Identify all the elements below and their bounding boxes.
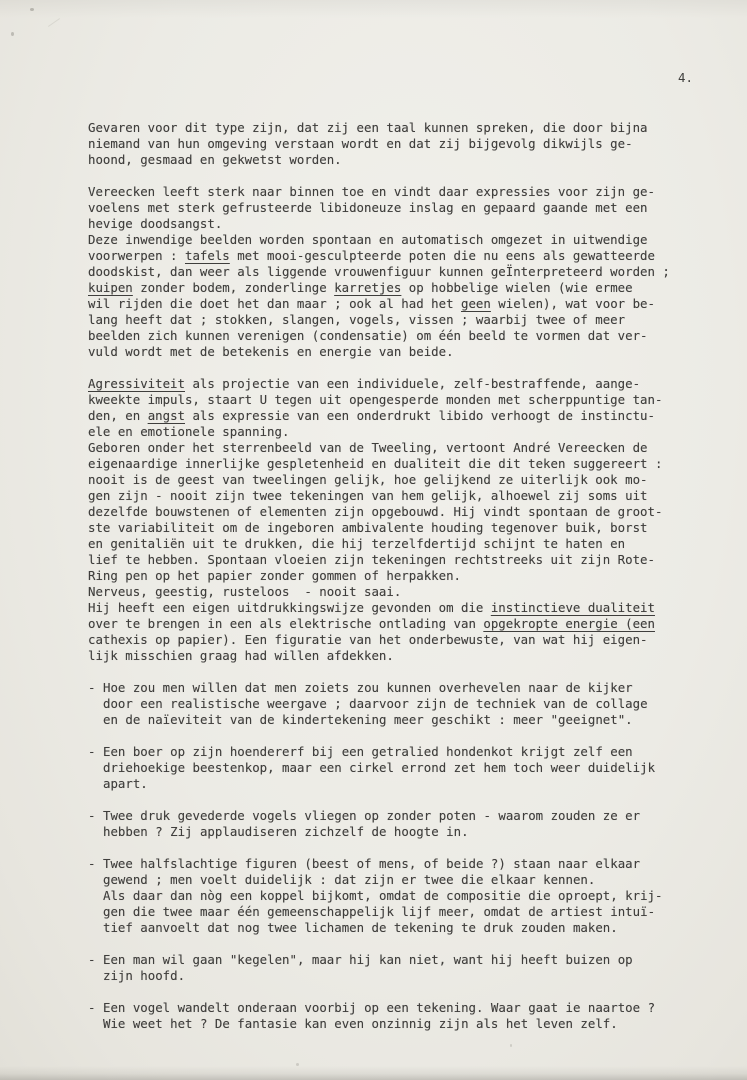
text-line: Hij heeft een eigen uitdrukkingswijze ge…	[88, 600, 678, 616]
bullet-list: - Hoe zou men willen dat men zoiets zou …	[88, 680, 678, 1032]
bullet-text: Hoe zou men willen dat men zoiets zou ku…	[103, 680, 678, 728]
text-line: vuld wordt met de betekenis en energie v…	[88, 344, 678, 360]
bullet-item-figures: - Twee halfslachtige figuren (beest of m…	[88, 856, 678, 936]
bullet-text: Een man wil gaan "kegelen", maar hij kan…	[103, 952, 678, 984]
scan-bottom-shade	[0, 1066, 747, 1080]
text-line: Agressiviteit als projectie van een indi…	[88, 376, 678, 392]
text-line: en genitaliën uit te drukken, die hij te…	[88, 536, 678, 552]
text-line: driehoekige beestenkop, maar een cirkel …	[103, 760, 678, 776]
text-line: gen die twee maar één gemeenschappelijk …	[103, 904, 678, 920]
text-line: hebben ? Zij applaudiseren zichzelf de h…	[103, 824, 678, 840]
paragraph-block-inner-images: Vereecken leeft sterk naar binnen toe en…	[88, 184, 678, 360]
text-line: lief te hebben. Spontaan vloeien zijn te…	[88, 552, 678, 568]
text-line: apart.	[103, 776, 678, 792]
text-line: gen zijn - nooit zijn twee tekeningen va…	[88, 488, 678, 504]
text-line: Een boer op zijn hoendererf bij een getr…	[103, 744, 678, 760]
text-line: nooit is de geest van tweelingen gelijk,…	[88, 472, 678, 488]
text-line: Geboren onder het sterrenbeeld van de Tw…	[88, 440, 678, 456]
bullet-item-bowling-man: - Een man wil gaan "kegelen", maar hij k…	[88, 952, 678, 984]
bullet-dash: -	[88, 1000, 103, 1032]
text-line: Als daar dan nòg een koppel bijkomt, omd…	[103, 888, 678, 904]
text-line: beelden zich kunnen verenigen (condensat…	[88, 328, 678, 344]
text-line: wil rijden die doet het dan maar ; ook a…	[88, 296, 678, 312]
bullet-dash: -	[88, 808, 103, 840]
text-line: Vereecken leeft sterk naar binnen toe en…	[88, 184, 678, 200]
bullet-item-farmer: - Een boer op zijn hoendererf bij een ge…	[88, 744, 678, 792]
text-line: cathexis op papier). Een figuratie van h…	[88, 632, 678, 648]
text-line: hoond, gesmaad en gekwetst worden.	[88, 152, 678, 168]
paragraph-block-intro: Gevaren voor dit type zijn, dat zij een …	[88, 120, 678, 168]
bullet-item-viewer: - Hoe zou men willen dat men zoiets zou …	[88, 680, 678, 728]
text-line: tief aanvoelt dat nog twee lichamen de t…	[103, 920, 678, 936]
text-line: ele en emotionele spanning.	[88, 424, 678, 440]
bullet-dash: -	[88, 856, 103, 936]
scan-speck	[510, 1044, 512, 1047]
page-content: Gevaren voor dit type zijn, dat zij een …	[88, 120, 678, 1032]
text-line: kweekte impuls, staart U tegen uit openg…	[88, 392, 678, 408]
text-line: kuipen zonder bodem, zonderlinge karretj…	[88, 280, 678, 296]
text-line: niemand van hun omgeving verstaan wordt …	[88, 136, 678, 152]
document-page: 4. Gevaren voor dit type zijn, dat zij e…	[0, 0, 747, 1080]
text-line: Gevaren voor dit type zijn, dat zij een …	[88, 120, 678, 136]
text-line: Deze inwendige beelden worden spontaan e…	[88, 232, 678, 248]
bullet-dash: -	[88, 952, 103, 984]
text-line: Ring pen op het papier zonder gommen of …	[88, 568, 678, 584]
scan-smudge	[48, 18, 60, 27]
text-line: hevige doodsangst.	[88, 216, 678, 232]
text-line: Wie weet het ? De fantasie kan even onzi…	[103, 1016, 678, 1032]
text-line: dezelfde bouwstenen of elementen zijn op…	[88, 504, 678, 520]
bullet-text: Een vogel wandelt onderaan voorbij op ee…	[103, 1000, 678, 1032]
text-line: Twee halfslachtige figuren (beest of men…	[103, 856, 678, 872]
text-line: lang heeft dat ; stokken, slangen, vogel…	[88, 312, 678, 328]
text-line: ste variabiliteit om de ingeboren ambiva…	[88, 520, 678, 536]
text-line: voorwerpen : tafels met mooi-gesculpteer…	[88, 248, 678, 264]
paragraph-block-aggression-duality: Agressiviteit als projectie van een indi…	[88, 376, 678, 664]
text-line: eigenaardige innerlijke gespletenheid en…	[88, 456, 678, 472]
text-line: en de naïeviteit van de kindertekening m…	[103, 712, 678, 728]
text-line: Hoe zou men willen dat men zoiets zou ku…	[103, 680, 678, 696]
text-line: gewend ; men voelt duidelijk : dat zijn …	[103, 872, 678, 888]
text-line: Twee druk gevederde vogels vliegen op zo…	[103, 808, 678, 824]
scan-top-shade	[0, 0, 747, 18]
text-line: den, en angst als expressie van een onde…	[88, 408, 678, 424]
bullet-text: Twee halfslachtige figuren (beest of men…	[103, 856, 678, 936]
text-line: zijn hoofd.	[103, 968, 678, 984]
text-line: over te brengen in een als elektrische o…	[88, 616, 678, 632]
bullet-item-birds: - Twee druk gevederde vogels vliegen op …	[88, 808, 678, 840]
bullet-item-walking-bird: - Een vogel wandelt onderaan voorbij op …	[88, 1000, 678, 1032]
text-line: Een vogel wandelt onderaan voorbij op ee…	[103, 1000, 678, 1016]
text-line: doodskist, dan weer als liggende vrouwen…	[88, 264, 678, 280]
text-line: Een man wil gaan "kegelen", maar hij kan…	[103, 952, 678, 968]
bullet-text: Twee druk gevederde vogels vliegen op zo…	[103, 808, 678, 840]
text-line: lijk misschien graag had willen afdekken…	[88, 648, 678, 664]
bullet-text: Een boer op zijn hoendererf bij een getr…	[103, 744, 678, 792]
text-line: voelens met sterk gefrusteerde libidoneu…	[88, 200, 678, 216]
bullet-dash: -	[88, 680, 103, 728]
page-number: 4.	[678, 70, 693, 86]
text-line: Nerveus, geestig, rusteloos - nooit saai…	[88, 584, 678, 600]
scan-speck	[11, 32, 14, 36]
bullet-dash: -	[88, 744, 103, 792]
scan-speck	[30, 8, 34, 11]
text-line: door een realistische weergave ; daarvoo…	[103, 696, 678, 712]
